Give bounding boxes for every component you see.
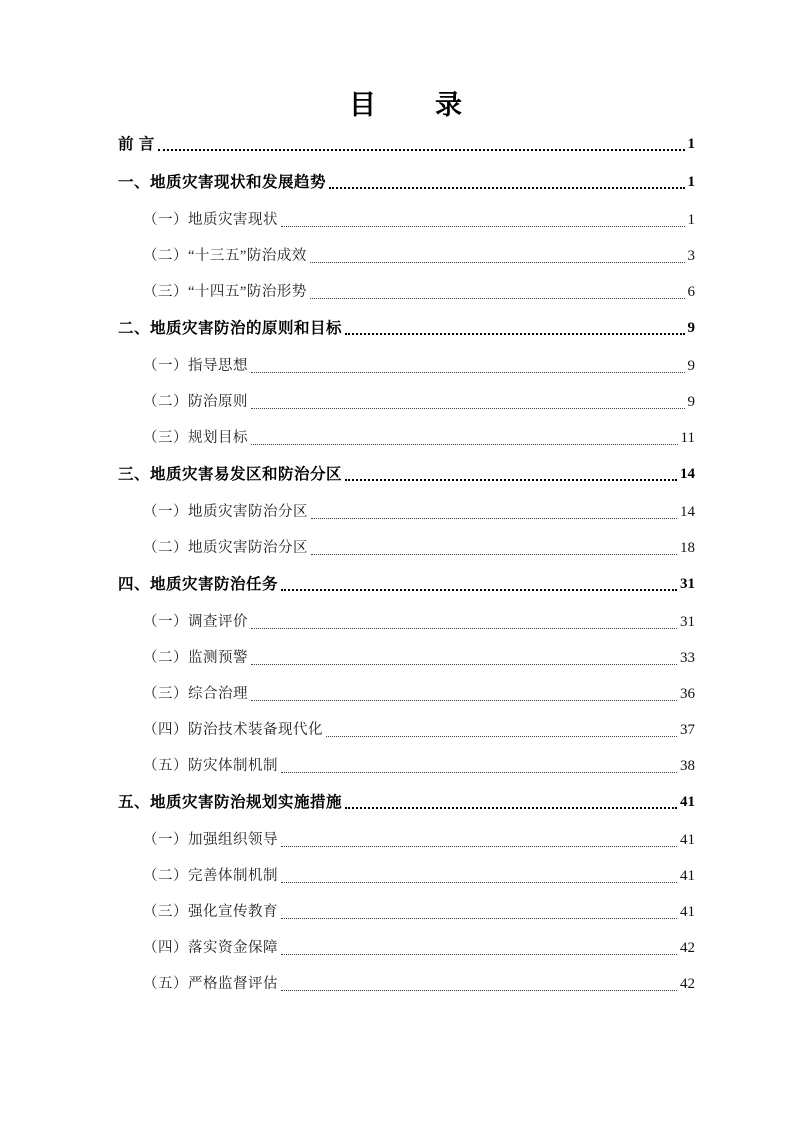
- dot-leader: [251, 408, 685, 409]
- dot-leader: [311, 518, 677, 519]
- toc-entry-label: （三）“十四五”防治形势: [143, 282, 307, 303]
- toc-entry-label: （一）指导思想: [143, 356, 248, 377]
- toc-entry-page: 11: [681, 428, 695, 449]
- toc-entry-chapter-2[interactable]: 二、地质灾害防治的原则和目标 9: [118, 318, 695, 339]
- toc-entry-label: （一）加强组织领导: [143, 830, 278, 851]
- dot-leader: [158, 149, 685, 151]
- toc-entry-label: （四）落实资金保障: [143, 938, 278, 959]
- dot-leader: [251, 444, 678, 445]
- toc-entry-label: 五、地质灾害防治规划实施措施: [118, 792, 342, 813]
- toc-entry-page: 3: [688, 246, 696, 267]
- toc-entry-page: 36: [680, 684, 695, 705]
- toc-entry-label: 四、地质灾害防治任务: [118, 574, 278, 595]
- toc-entry-chapter-4[interactable]: 四、地质灾害防治任务 31: [118, 574, 695, 595]
- toc-entry-label: （五）严格监督评估: [143, 974, 278, 995]
- toc-entry-page: 14: [680, 502, 695, 523]
- dot-leader: [251, 628, 677, 629]
- toc-entry-page: 41: [680, 902, 695, 923]
- dot-leader: [329, 187, 684, 189]
- dot-leader: [281, 846, 677, 847]
- toc-entry-label: 三、地质灾害易发区和防治分区: [118, 464, 342, 485]
- toc-entry-page: 1: [688, 172, 696, 193]
- toc-entry[interactable]: （二）监测预警 33: [118, 648, 695, 669]
- dot-leader: [345, 479, 677, 481]
- toc-entry-page: 9: [688, 356, 696, 377]
- toc-entry-page: 1: [688, 134, 696, 155]
- dot-leader: [281, 226, 685, 227]
- toc-entry-page: 6: [688, 282, 696, 303]
- toc-entry[interactable]: （四）落实资金保障 42: [118, 938, 695, 959]
- page-title: 目 录: [118, 88, 695, 122]
- toc-entry-page: 1: [688, 210, 696, 231]
- dot-leader: [281, 918, 677, 919]
- toc-entry[interactable]: （一）地质灾害现状 1: [118, 210, 695, 231]
- toc-entry-page: 41: [680, 792, 695, 813]
- toc-entry[interactable]: （二）防治原则 9: [118, 392, 695, 413]
- toc-entry-label: （三）强化宣传教育: [143, 902, 278, 923]
- toc-entry-label: （二）监测预警: [143, 648, 248, 669]
- toc-entry[interactable]: （五）严格监督评估 42: [118, 974, 695, 995]
- toc-entry-chapter-5[interactable]: 五、地质灾害防治规划实施措施 41: [118, 792, 695, 813]
- toc-entry-label: （一）调查评价: [143, 612, 248, 633]
- dot-leader: [281, 589, 677, 591]
- dot-leader: [310, 298, 685, 299]
- toc-entry[interactable]: （一）加强组织领导 41: [118, 830, 695, 851]
- toc-entry-label: （二）完善体制机制: [143, 866, 278, 887]
- toc-entry-page: 42: [680, 974, 695, 995]
- toc-entry-page: 14: [680, 464, 695, 485]
- dot-leader: [311, 554, 677, 555]
- dot-leader: [251, 664, 677, 665]
- toc-entry[interactable]: （二）“十三五”防治成效 3: [118, 246, 695, 267]
- toc-entry-label: （一）地质灾害防治分区: [143, 502, 308, 523]
- toc-entry-page: 41: [680, 866, 695, 887]
- dot-leader: [281, 954, 677, 955]
- toc-entry-preface[interactable]: 前 言 1: [118, 134, 695, 155]
- toc-entry[interactable]: （一）指导思想 9: [118, 356, 695, 377]
- toc-entry[interactable]: （一）调查评价 31: [118, 612, 695, 633]
- toc-entry[interactable]: （三）“十四五”防治形势 6: [118, 282, 695, 303]
- toc-entry[interactable]: （三）强化宣传教育 41: [118, 902, 695, 923]
- toc-entry[interactable]: （二）完善体制机制 41: [118, 866, 695, 887]
- toc-entry-label: （四）防治技术装备现代化: [143, 720, 323, 741]
- toc-entry-page: 41: [680, 830, 695, 851]
- toc-entry[interactable]: （四）防治技术装备现代化 37: [118, 720, 695, 741]
- toc-entry-label: 一、地质灾害现状和发展趋势: [118, 172, 326, 193]
- toc-entry[interactable]: （三）综合治理 36: [118, 684, 695, 705]
- dot-leader: [345, 807, 677, 809]
- toc-entry-page: 31: [680, 612, 695, 633]
- toc-entry-label: 前 言: [118, 134, 155, 155]
- toc-entry-label: （三）规划目标: [143, 428, 248, 449]
- dot-leader: [310, 262, 685, 263]
- toc-entry[interactable]: （二）地质灾害防治分区 18: [118, 538, 695, 559]
- toc-entry-label: （三）综合治理: [143, 684, 248, 705]
- toc-entry[interactable]: （三）规划目标 11: [118, 428, 695, 449]
- toc-entry-label: （一）地质灾害现状: [143, 210, 278, 231]
- dot-leader: [281, 990, 677, 991]
- toc-entry-chapter-3[interactable]: 三、地质灾害易发区和防治分区 14: [118, 464, 695, 485]
- toc-entry-label: （二）防治原则: [143, 392, 248, 413]
- toc-entry-page: 38: [680, 756, 695, 777]
- toc-entry-page: 42: [680, 938, 695, 959]
- toc-entry-chapter-1[interactable]: 一、地质灾害现状和发展趋势 1: [118, 172, 695, 193]
- toc-entry-page: 9: [688, 318, 696, 339]
- dot-leader: [345, 333, 684, 335]
- dot-leader: [251, 372, 685, 373]
- dot-leader: [251, 700, 677, 701]
- dot-leader: [281, 772, 677, 773]
- toc-entry-label: 二、地质灾害防治的原则和目标: [118, 318, 342, 339]
- toc-entry-page: 33: [680, 648, 695, 669]
- toc-entry-page: 18: [680, 538, 695, 559]
- toc-entry-page: 37: [680, 720, 695, 741]
- toc-page: 目 录 前 言 1 一、地质灾害现状和发展趋势 1 （一）地质灾害现状 1 （二…: [0, 0, 793, 1122]
- dot-leader: [281, 882, 677, 883]
- toc-entry[interactable]: （五）防灾体制机制 38: [118, 756, 695, 777]
- dot-leader: [326, 736, 677, 737]
- toc-entry-page: 31: [680, 574, 695, 595]
- toc-entry-label: （二）地质灾害防治分区: [143, 538, 308, 559]
- toc-entry-label: （二）“十三五”防治成效: [143, 246, 307, 267]
- toc-entry[interactable]: （一）地质灾害防治分区 14: [118, 502, 695, 523]
- toc-entry-label: （五）防灾体制机制: [143, 756, 278, 777]
- toc-entry-page: 9: [688, 392, 696, 413]
